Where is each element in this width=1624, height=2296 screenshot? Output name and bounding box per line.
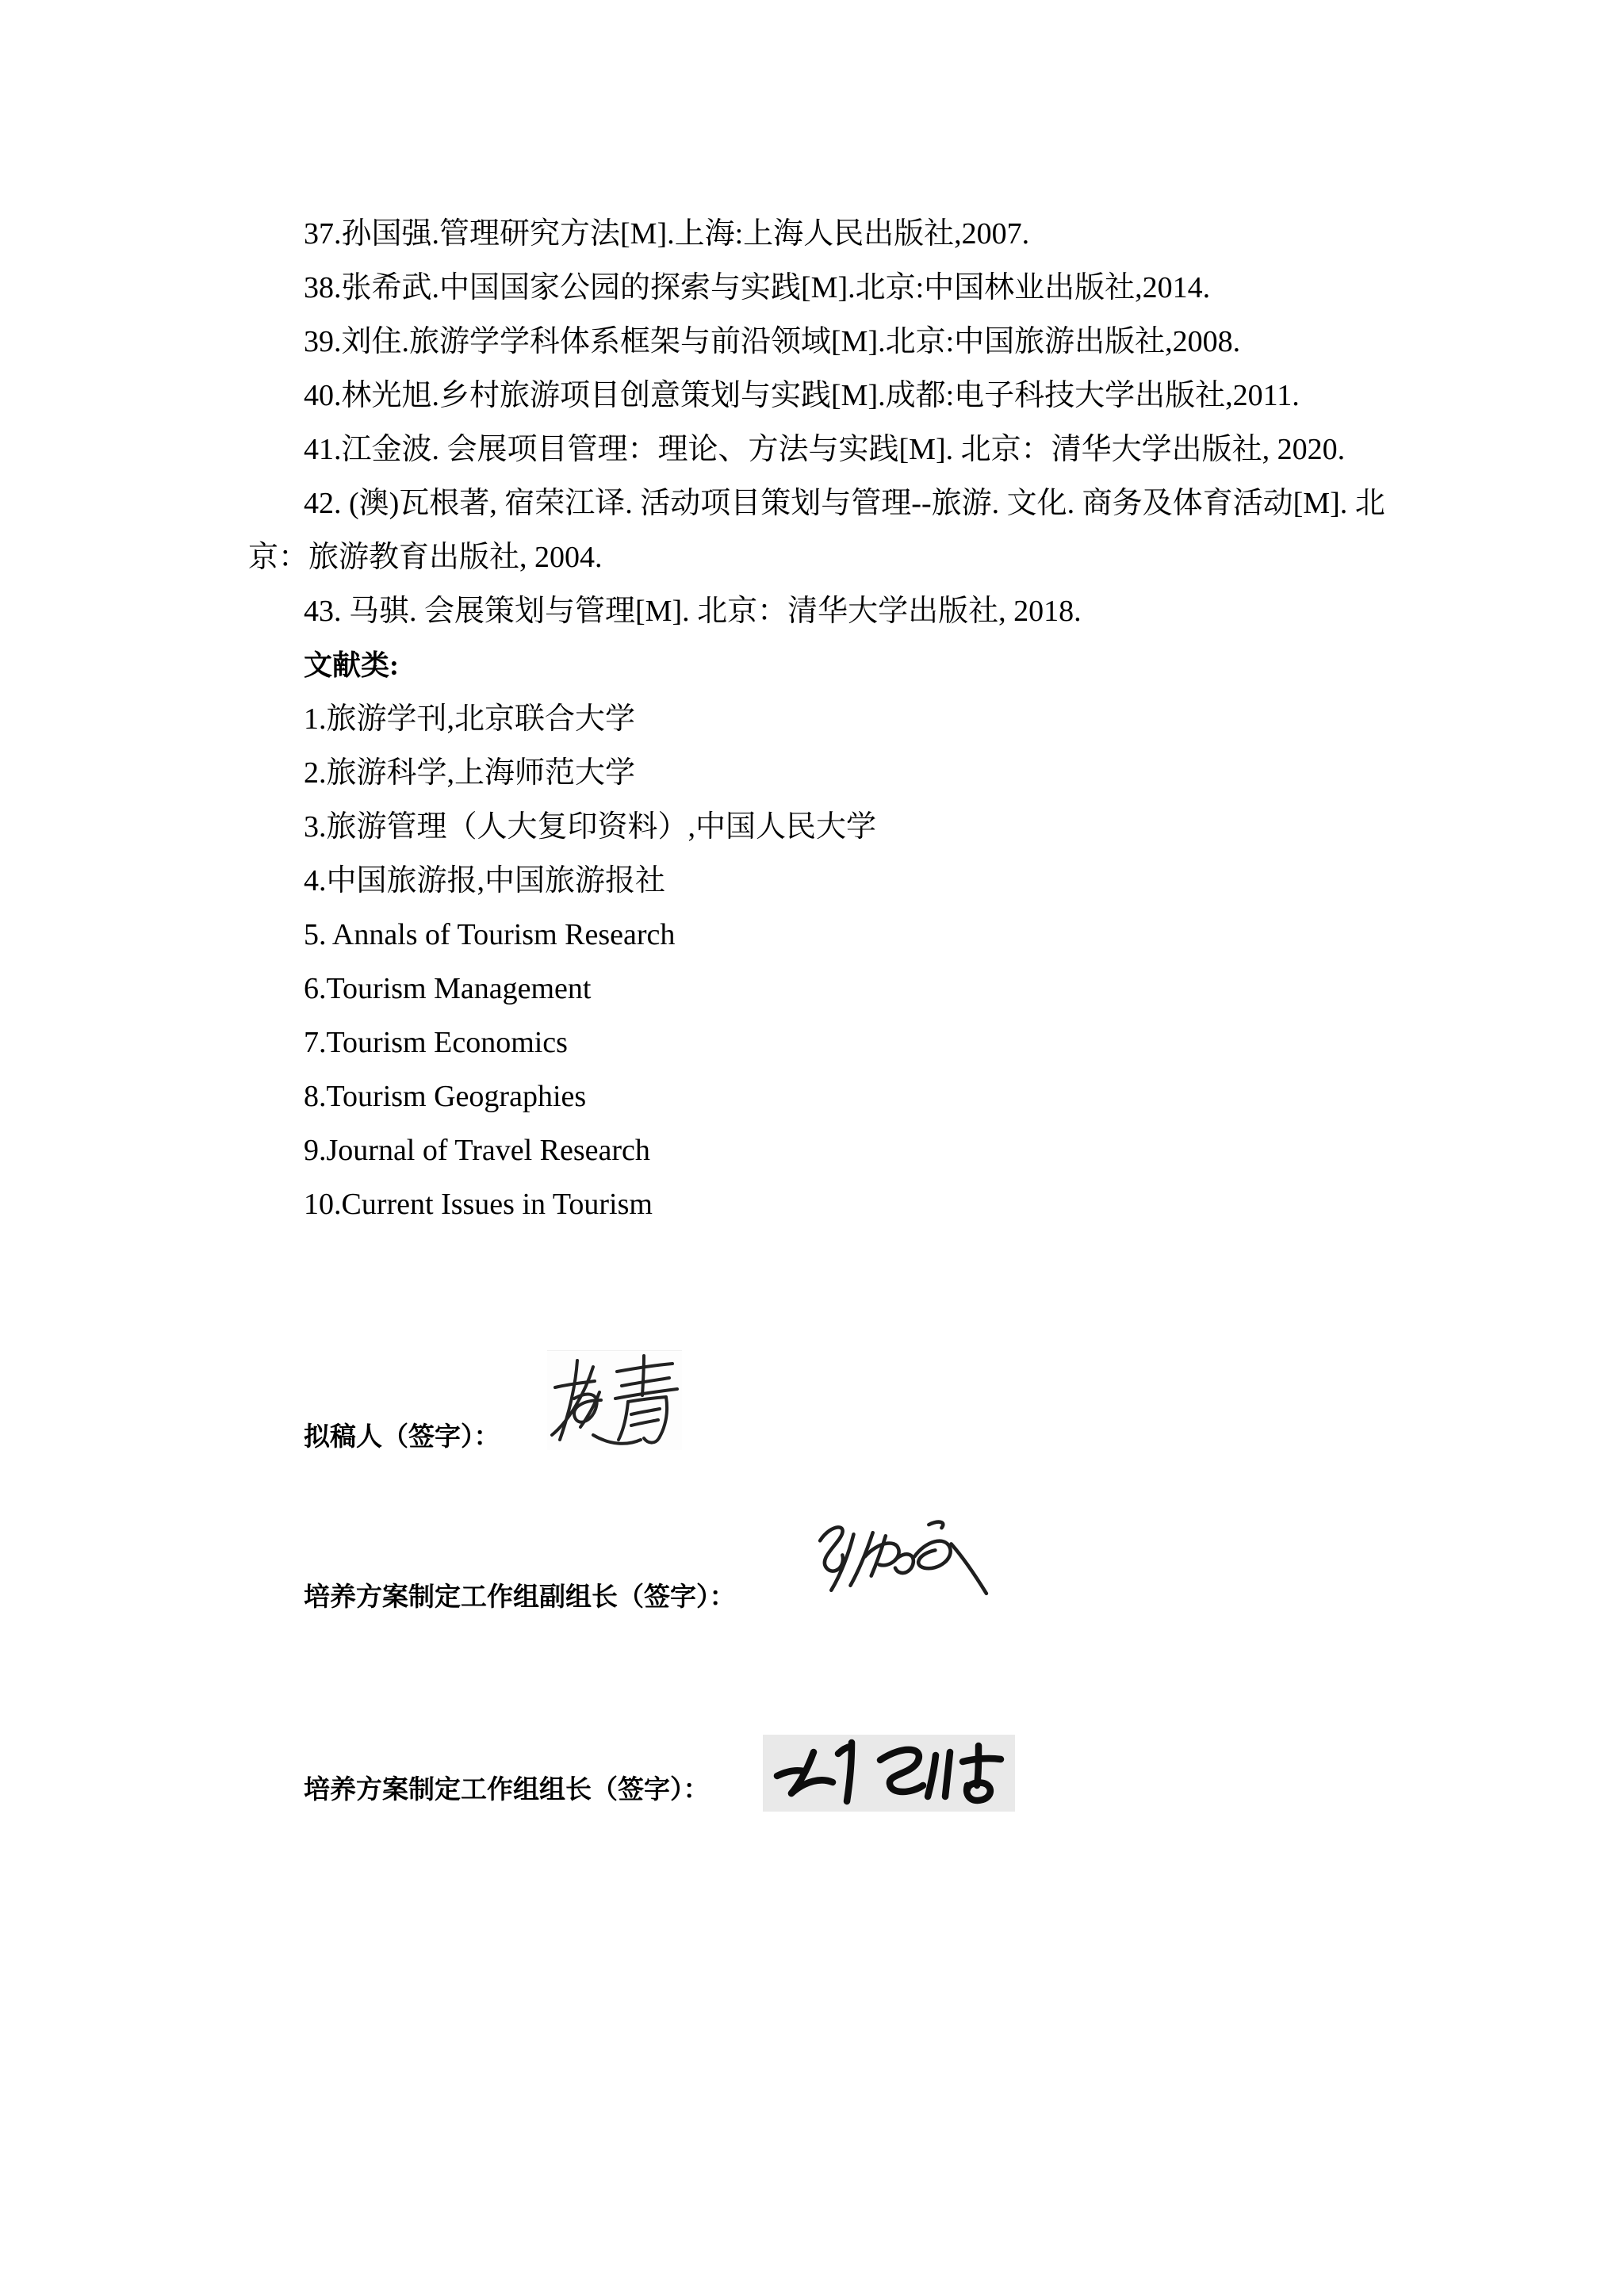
deputy-leader-handwritten-signature	[807, 1516, 991, 1601]
signature-stroke	[642, 1356, 644, 1395]
signature-stroke	[952, 1544, 986, 1594]
reference-line: 37.孙国强.管理研究方法[M].上海:上海人民出版社,2007.	[248, 207, 1481, 261]
literature-item: 3.旅游管理（人大复印资料）,中国人民大学	[248, 800, 1481, 854]
signature-stroke	[865, 1543, 899, 1565]
reference-line: 38.张希武.中国国家公园的探索与实践[M].北京:中国林业出版社,2014.	[248, 261, 1481, 315]
literature-section-heading: 文献类:	[248, 638, 1481, 692]
drafter-handwritten-signature	[547, 1350, 682, 1450]
signature-strokes	[763, 1735, 1015, 1812]
signature-stroke	[619, 1402, 628, 1440]
document-page: 37.孙国强.管理研究方法[M].上海:上海人民出版社,2007. 38.张希武…	[0, 0, 1624, 2296]
signature-stroke	[929, 1522, 943, 1529]
signature-stroke	[560, 1360, 577, 1440]
literature-item: 7.Tourism Economics	[248, 1016, 1481, 1070]
signature-stroke	[967, 1782, 990, 1800]
reference-line: 43. 马骐. 会展策划与管理[M]. 北京：清华大学出版社, 2018.	[248, 584, 1481, 638]
signature-stroke	[593, 1435, 641, 1444]
drafter-signature-label: 拟稿人（签字）：	[248, 1410, 1481, 1464]
reference-line: 39.刘住.旅游学学科体系框架与前沿领域[M].北京:中国旅游出版社,2008.	[248, 315, 1481, 369]
signature-stroke	[895, 1554, 913, 1573]
signature-stroke	[622, 1378, 669, 1386]
signature-stroke	[847, 1743, 852, 1801]
reference-line: 40.林光旭.乡村旅游项目创意策划与实践[M].成都:电子科技大学出版社,201…	[248, 369, 1481, 423]
signature-stroke	[880, 1750, 923, 1792]
literature-item: 1.旅游学刊,北京联合大学	[248, 692, 1481, 746]
signature-stroke	[615, 1389, 677, 1399]
signature-strokes	[547, 1351, 682, 1450]
reference-line: 42. (澳)瓦根著, 宿荣江译. 活动项目策划与管理--旅游. 文化. 商务及…	[248, 476, 1481, 530]
reference-line-continuation: 京：旅游教育出版社, 2004.	[248, 530, 1481, 584]
reference-line: 41.江金波. 会展项目管理：理论、方法与实践[M]. 北京：清华大学出版社, …	[248, 423, 1481, 476]
signature-stroke	[628, 1397, 667, 1443]
leader-handwritten-signature	[763, 1735, 1015, 1812]
literature-item: 6.Tourism Management	[248, 962, 1481, 1016]
literature-item: 9.Journal of Travel Research	[248, 1123, 1481, 1177]
signature-stroke	[945, 1752, 950, 1797]
literature-item: 4.中国旅游报,中国旅游报社	[248, 854, 1481, 908]
literature-item: 10.Current Issues in Tourism	[248, 1177, 1481, 1231]
signature-strokes	[807, 1516, 991, 1601]
signature-stroke	[928, 1755, 936, 1797]
signature-stroke	[871, 1536, 886, 1575]
signature-stroke	[631, 1420, 658, 1425]
literature-item: 5. Annals of Tourism Research	[248, 908, 1481, 962]
signature-stroke	[631, 1409, 660, 1414]
signature-stroke	[914, 1541, 950, 1569]
literature-item: 2.旅游科学,上海师范大学	[248, 746, 1481, 800]
signature-stroke	[820, 1527, 843, 1571]
literature-item: 8.Tourism Geographies	[248, 1070, 1481, 1123]
